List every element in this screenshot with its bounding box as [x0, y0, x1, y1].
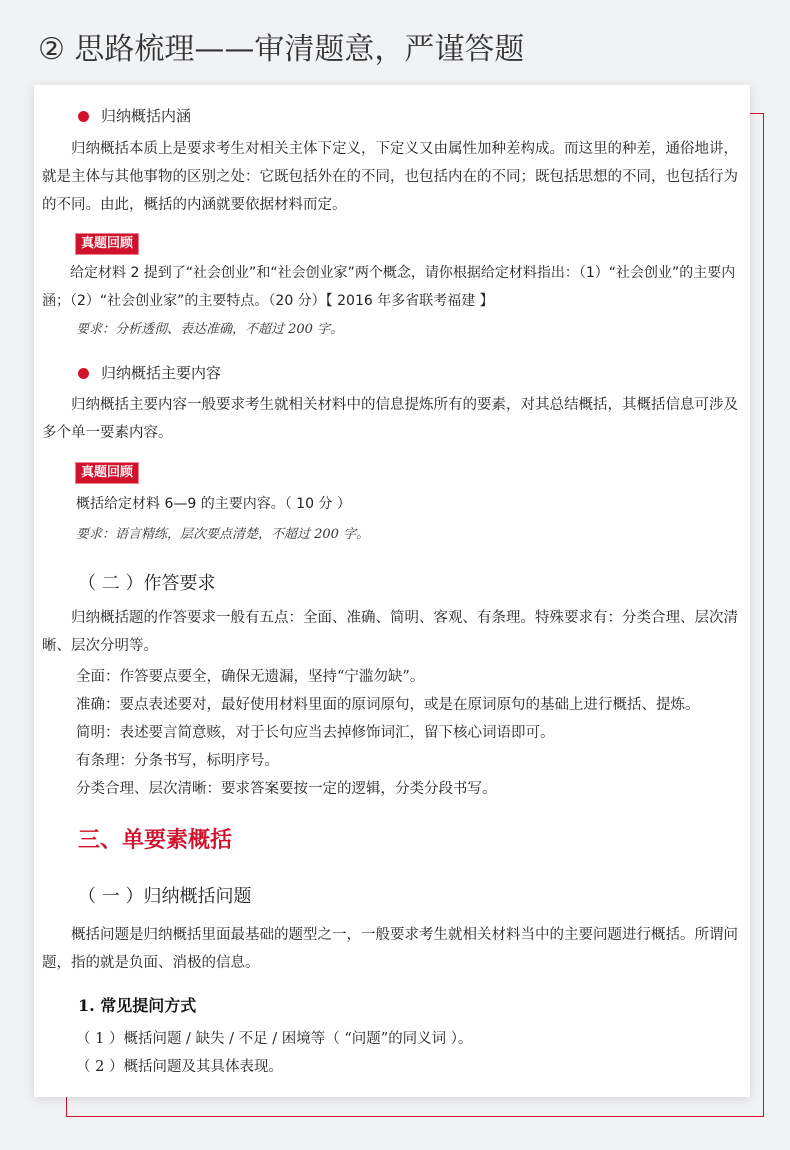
exam-question: 概括给定材料 6—9 的主要内容。（ 10 分 ）	[76, 493, 351, 513]
requirement-item: 有条理：分条书写，标明序号。	[76, 749, 279, 770]
red-bullet-icon	[78, 111, 89, 122]
problems-subheading: （ 一 ）归纳概括问题	[78, 882, 251, 908]
question-style-item: （ 1 ）概括问题 / 缺失 / 不足 / 困境等（ “问题”的同义词 ）。	[76, 1027, 473, 1048]
heading-text: 归纳概括内涵	[101, 107, 191, 125]
exam-requirement: 要求：分析透彻、表达准确，不超过 200 字。	[76, 318, 343, 337]
requirement-item: 分类合理、层次清晰：要求答案要按一定的逻辑，分类分段书写。	[76, 777, 497, 798]
requirement-item: 全面：作答要点要全，确保无遗漏，坚持“宁滥勿缺”。	[76, 665, 424, 686]
section-heading-concept: 归纳概括内涵	[78, 105, 191, 126]
problems-paragraph: 概括问题是归纳概括里面最基础的题型之一，一般要求考生就相关材料当中的主要问题进行…	[42, 921, 742, 977]
red-bullet-icon	[78, 368, 89, 379]
question-styles-heading: 1. 常见提问方式	[78, 993, 196, 1016]
content-card: 归纳概括内涵 归纳概括本质上是要求考生对相关主体下定义，下定义又由属性加种差构成…	[34, 85, 750, 1097]
exam-review-badge: 真题回顾	[75, 462, 139, 484]
main-content-paragraph: 归纳概括主要内容一般要求考生就相关材料中的信息提炼所有的要素，对其总结概括，其概…	[42, 391, 742, 447]
exam-question: 给定材料 2 提到了“社会创业”和“社会创业家”两个概念，请你根据给定材料指出：…	[42, 259, 742, 315]
exam-review-badge: 真题回顾	[75, 233, 139, 255]
section-heading-main-content: 归纳概括主要内容	[78, 362, 221, 383]
exam-requirement: 要求：语言精练，层次要点清楚，不超过 200 字。	[76, 523, 369, 542]
question-style-item: （ 2 ）概括问题及其具体表现。	[76, 1055, 283, 1076]
heading-text: 归纳概括主要内容	[101, 364, 221, 382]
concept-paragraph: 归纳概括本质上是要求考生对相关主体下定义，下定义又由属性加种差构成。而这里的种差…	[42, 135, 742, 219]
answer-requirements-heading: （ 二 ）作答要求	[78, 569, 215, 595]
chapter-heading: 三、单要素概括	[78, 823, 232, 854]
requirement-item: 准确：要点表述要对，最好使用材料里面的原词原句，或是在原词原句的基础上进行概括、…	[76, 693, 700, 714]
requirement-item: 简明：表述要言简意赅，对于长句应当去掉修饰词汇，留下核心词语即可。	[76, 721, 555, 742]
page-title: ② 思路梳理——审清题意，严谨答题	[38, 24, 524, 68]
answer-requirements-paragraph: 归纳概括题的作答要求一般有五点：全面、准确、简明、客观、有条理。特殊要求有：分类…	[42, 604, 742, 660]
